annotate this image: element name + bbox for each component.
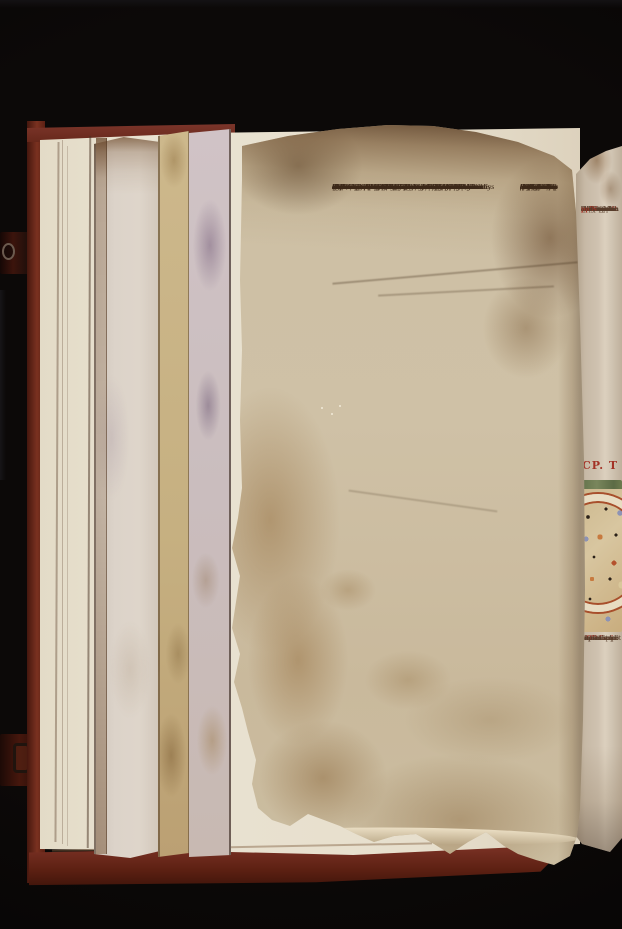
film-edge-band [0,0,622,8]
page-edge-line [62,140,63,844]
manuscript-photograph: fidelis semole suntquoniam nne forte cui… [0,0,622,929]
parchment-strip-stained [189,129,231,857]
page-edge-line [67,146,68,846]
film-edge-sliver [0,290,6,480]
right-page-text-column: fidelis semole suntquoniam nne forte cui… [581,204,621,462]
clasp-strap-top [0,232,29,274]
parchment-strip-yellowed [158,131,189,857]
rubric-incipit-red: CP. T [582,459,622,477]
parchment-text-column-main: iam nauigio adleuandum se ab eis. Et ion… [332,182,520,716]
initial-green-band [580,480,622,489]
flyleaf-torn-stub [96,138,107,854]
clasp-ring-icon [2,243,15,260]
illuminated-initial [580,480,622,632]
right-page-text-column-lower: UOD fieribi potuia letas si sup popensat… [581,633,621,729]
parchment-text-column-right: fide uarmole sicquoniam dsut magisuerba … [520,182,580,724]
initial-arc-frame [580,494,622,612]
damaged-parchment-leaf: iam nauigio adleuandum se ab eis. Et ion… [228,120,586,870]
